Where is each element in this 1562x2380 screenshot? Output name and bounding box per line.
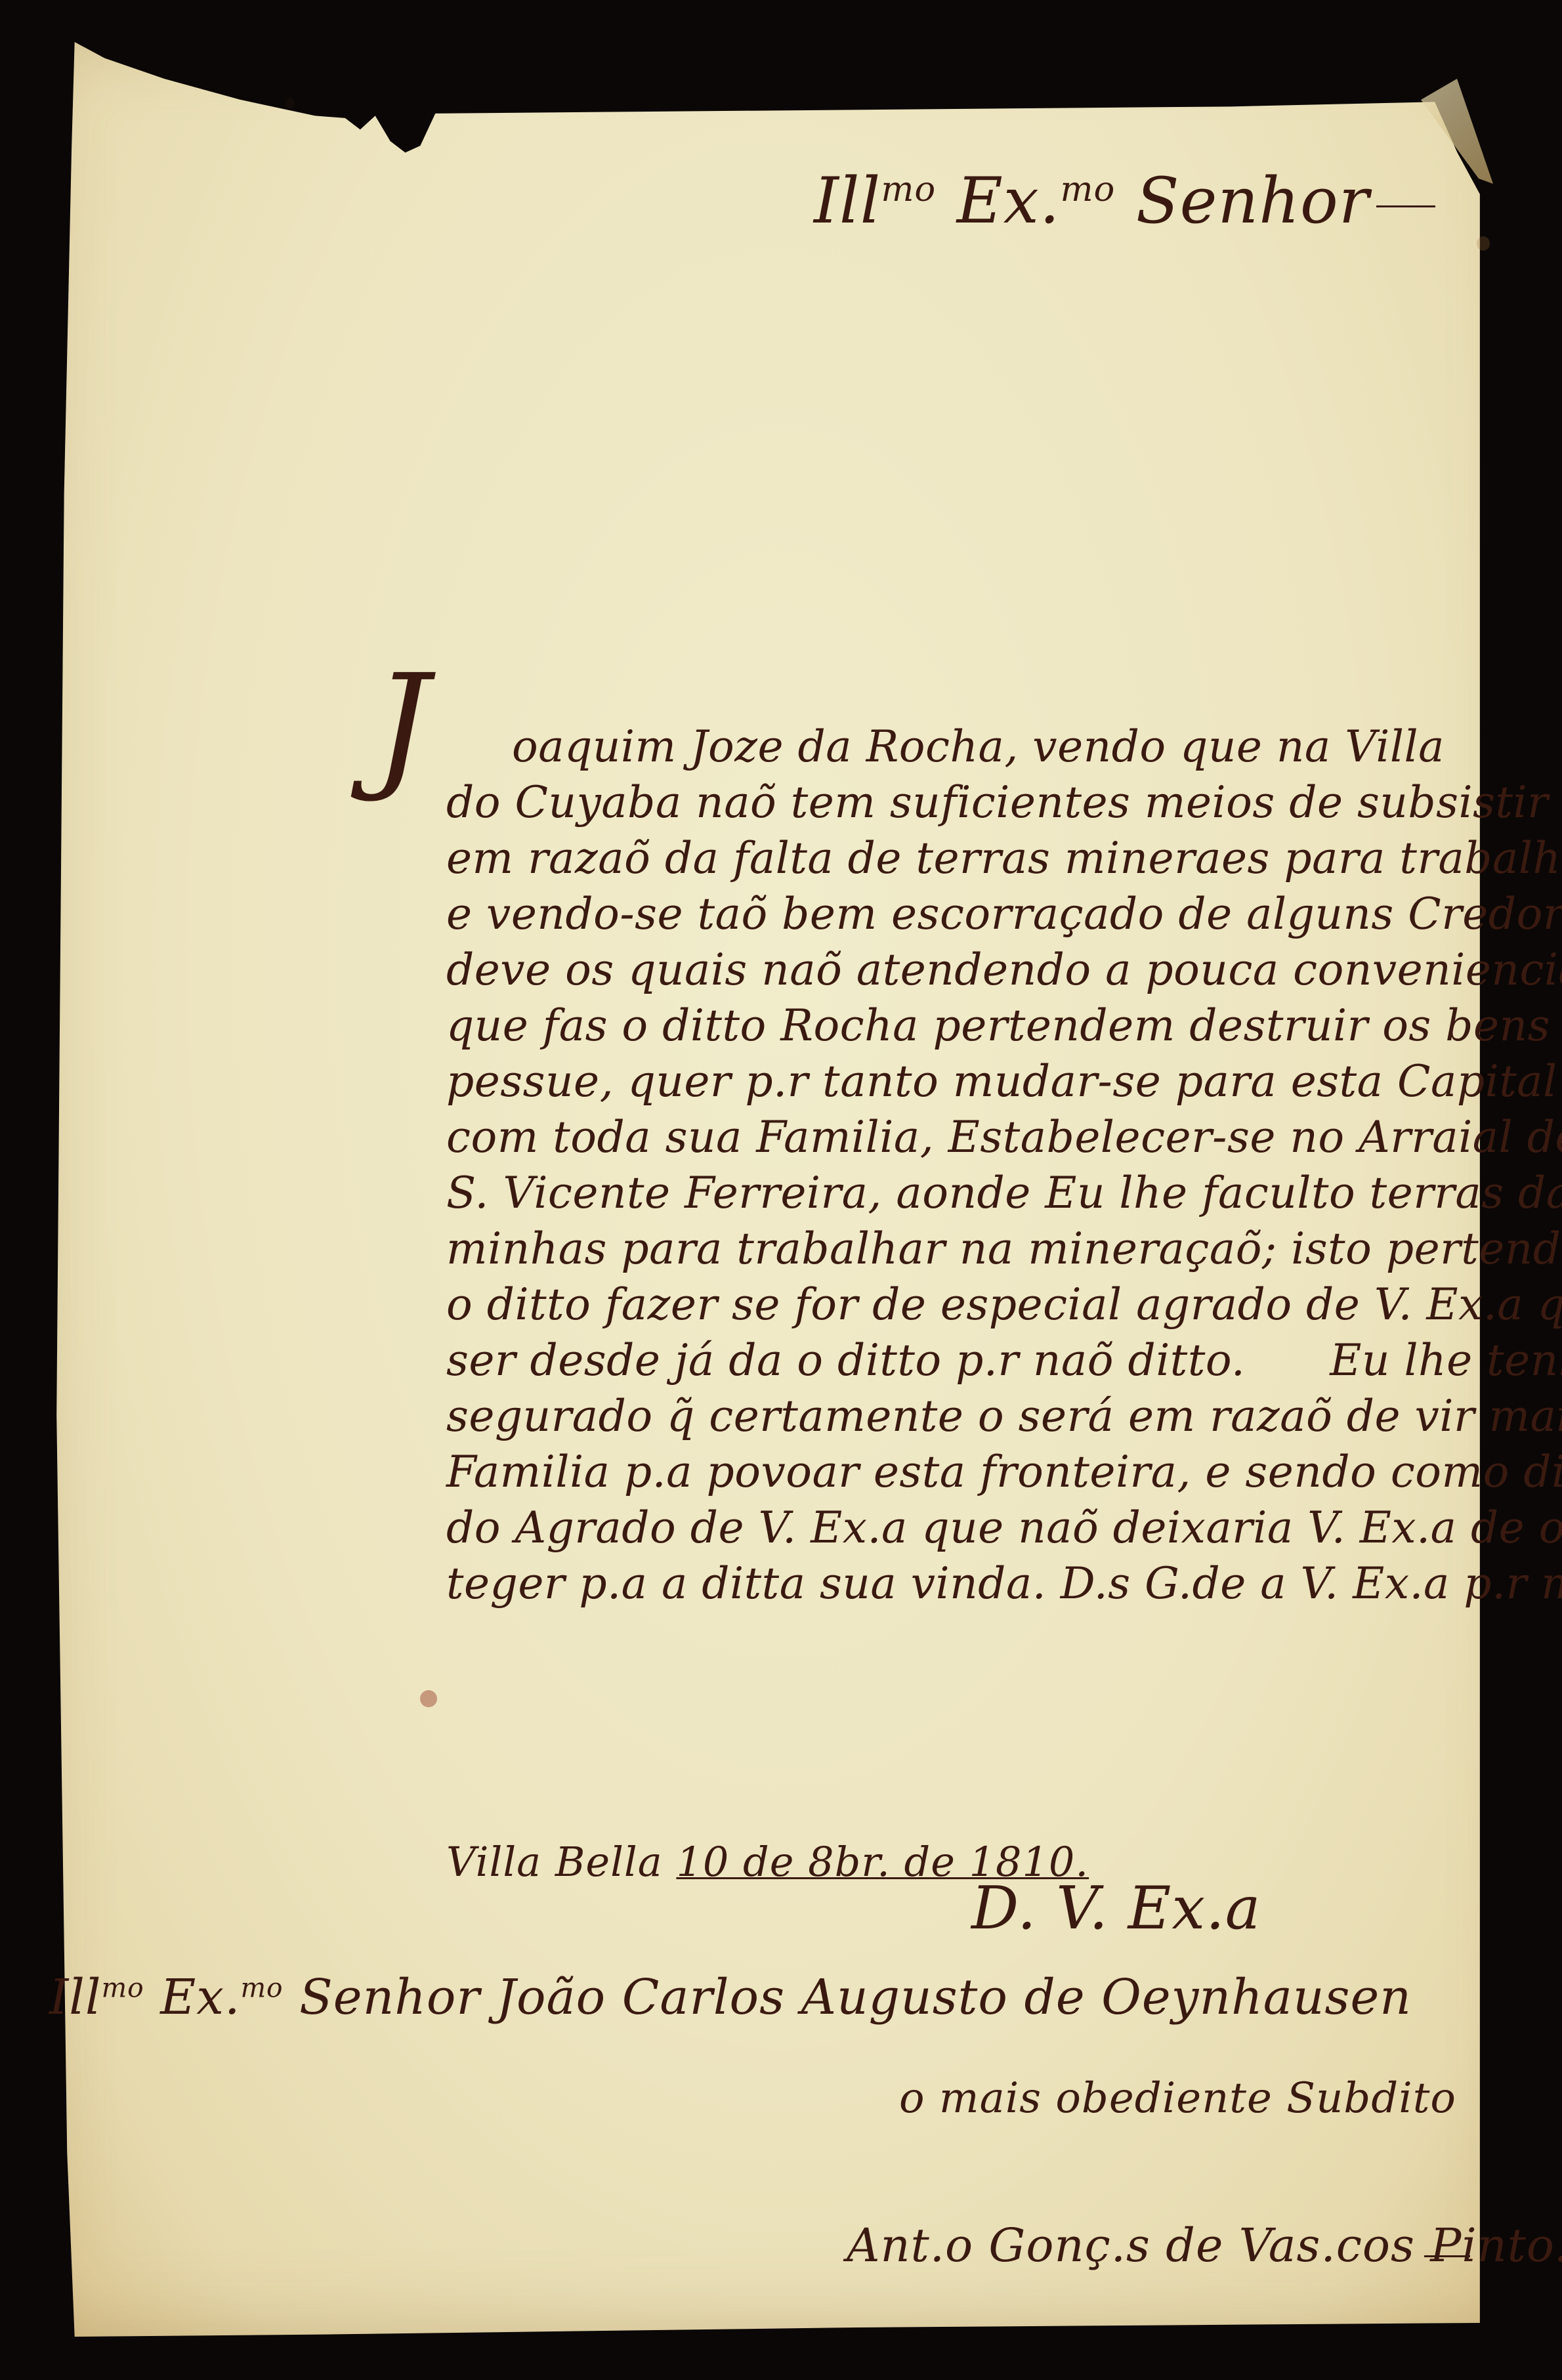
body-line: do Agrado de V. Ex.a que naõ deixaria V.…	[446, 1500, 1523, 1556]
body-line: teger p.a a ditta sua vinda. D.s G.de a …	[446, 1556, 1523, 1611]
salutation-abbrev-illmo: Illmo	[814, 164, 936, 238]
addressee-abbrev-illmo: Illmo	[49, 1969, 144, 2026]
salutation: Illmo Ex.mo Senhor	[814, 164, 1435, 238]
body-line: e vendo-se taõ bem escorraçado de alguns…	[446, 886, 1523, 942]
body-line: minhas para trabalhar na mineraçaõ; isto…	[446, 1221, 1523, 1277]
body-line: em razaõ da falta de terras mineraes par…	[446, 830, 1523, 886]
drop-cap: J	[374, 656, 429, 794]
body-line: pessue, quer p.r tanto mudar-se para est…	[446, 1053, 1523, 1109]
body-line: o ditto fazer se for de especial agrado …	[446, 1277, 1523, 1332]
body-line: que fas o ditto Rocha pertendem destruir…	[446, 998, 1523, 1053]
body-line: segurado q̃ certamente o será em razaõ d…	[446, 1388, 1523, 1444]
body-line: com toda sua Familia, Estabelecer-se no …	[446, 1109, 1523, 1165]
ink-stain	[1477, 236, 1490, 251]
addressee: Illmo Ex.mo Senhor João Carlos Augusto d…	[49, 1969, 1412, 2026]
addressee-abbrev-exmo: Ex.mo	[160, 1969, 283, 2026]
body-line: S. Vicente Ferreira, aonde Eu lhe facult…	[446, 1165, 1523, 1221]
body-line: ser desde já da o ditto p.r naõ ditto. E…	[446, 1332, 1523, 1388]
ink-stain	[420, 1690, 437, 1707]
signature-flourish	[1424, 2255, 1470, 2257]
valediction: o mais obediente Subdito	[899, 2074, 1456, 2123]
body-line: Familia p.a povoar esta fronteira, e sen…	[446, 1444, 1523, 1500]
letter-body: oaquim Joze da Rocha, vendo que na Villa…	[446, 719, 1523, 1611]
salutation-abbrev-exmo: Ex.mo	[957, 164, 1116, 238]
flourish-rule	[1376, 205, 1435, 207]
signature: Ant.o Gonç.s de Vas.cos Pinto.	[847, 2219, 1562, 2272]
closing-dv-exa: D. V. Ex.a	[971, 1874, 1261, 1943]
body-line: do Cuyaba naõ tem suficientes meios de s…	[446, 775, 1523, 830]
addressee-name: Senhor João Carlos Augusto de Oeynhausen	[299, 1969, 1412, 2026]
salutation-title: Senhor	[1136, 164, 1370, 238]
body-line: oaquim Joze da Rocha, vendo que na Villa	[446, 719, 1523, 775]
place-name: Villa Bella	[446, 1838, 663, 1886]
body-line: deve os quais naõ atendendo a pouca conv…	[446, 942, 1523, 998]
paper-hole	[285, 97, 295, 109]
